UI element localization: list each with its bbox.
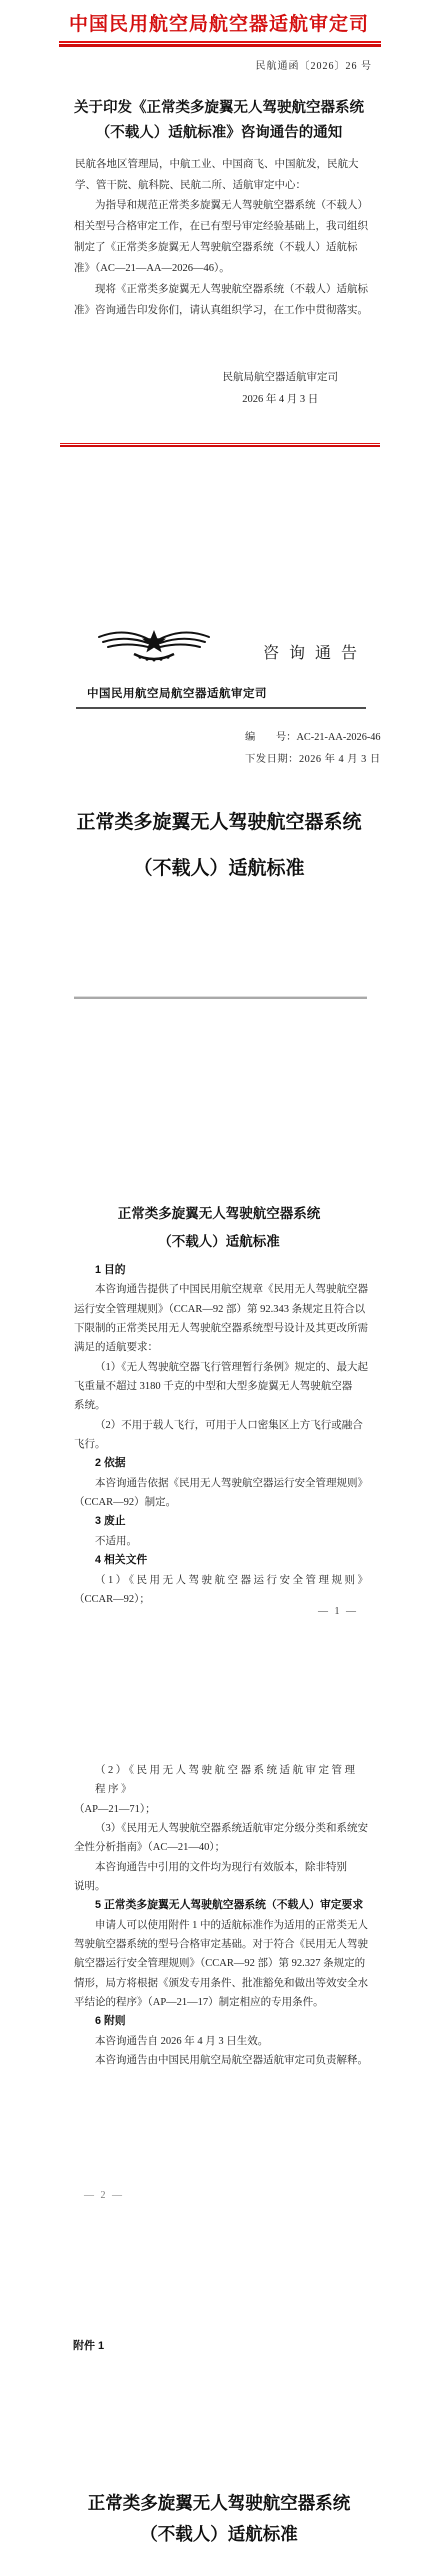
- recipients-line: 民航各地区管理局，中航工业、中国商飞、中国航发，民航大: [75, 154, 367, 175]
- content-line: （CCAR—92）制定。: [74, 1493, 370, 1512]
- content-line: 本咨询通告提供了中国民用航空规章《民用无人驾驶航空器: [74, 1280, 370, 1299]
- red-header-divider: [59, 41, 381, 47]
- agency-header-title: 中国民用航空局航空器适航审定司: [0, 9, 438, 36]
- notice-body-line: 制定了《正常类多旋翼无人驾驶航空器系统（不载人）适航标: [74, 237, 368, 258]
- content-heading-line: 正常类多旋翼无人驾驶航空器系统: [0, 1200, 438, 1228]
- content-line: （1）《无人驾驶航空器飞行管理暂行条例》规定的、最大起: [74, 1358, 370, 1377]
- doc-number: 民航通函〔2026〕26 号: [256, 57, 373, 72]
- cover-rule-line: [76, 707, 366, 709]
- content-heading: 正常类多旋翼无人驾驶航空器系统 （不载人）适航标准: [0, 1200, 438, 1256]
- section-heading: 1 目的: [74, 1261, 370, 1280]
- content-line: 运行安全管理规则》（CCAR—92 部）第 92.343 条规定且符合以: [74, 1300, 370, 1319]
- section-heading: 3 废止: [74, 1512, 370, 1531]
- content-line: 系统。: [74, 1396, 370, 1415]
- attachment-title: 正常类多旋翼无人驾驶航空器系统 （不载人）适航标准: [0, 2488, 438, 2550]
- red-footer-divider: [60, 443, 380, 447]
- content-page-2: （2）《民用无人驾驶航空器系统适航审定管理程序》 （AP—21—71）； （3）…: [74, 1761, 370, 2071]
- content-line: （2）《民用无人驾驶航空器系统适航审定管理程序》: [74, 1761, 370, 1800]
- page-number-1: — 1 —: [318, 1606, 358, 1617]
- recipients-line: 学、管干院、航科院、民航二所、适航审定中心：: [75, 175, 367, 196]
- signer-name: 民航局航空器适航审定司: [223, 367, 339, 389]
- cover-title-line: 正常类多旋翼无人驾驶航空器系统: [0, 800, 438, 846]
- content-line: 航空器运行安全管理规则》（CCAR—92 部）第 92.327 条规定的: [74, 1954, 370, 1973]
- content-heading-line: （不载人）适航标准: [0, 1228, 438, 1256]
- content-line: 平结论的程序》（AP—21—17）制定相应的专用条件。: [74, 1993, 370, 2012]
- notice-body-line: 现将《正常类多旋翼无人驾驶航空器系统（不载人）适航标: [74, 279, 368, 300]
- cover-department: 中国民用航空局航空器适航审定司: [87, 685, 267, 701]
- recipients: 民航各地区管理局，中航工业、中国商飞、中国航发，民航大 学、管干院、航科院、民航…: [75, 154, 367, 196]
- content-line: 情形，局方将根据《颁发专用条件、批准豁免和做出等效安全水: [74, 1974, 370, 1993]
- content-page-1: 1 目的 本咨询通告提供了中国民用航空规章《民用无人驾驶航空器 运行安全管理规则…: [74, 1261, 370, 1609]
- content-line: 满足的适航要求：: [74, 1338, 370, 1357]
- attachment-title-line: （不载人）适航标准: [0, 2519, 438, 2550]
- notice-body-line: 准》（AC—21—AA—2026—46）。: [74, 258, 368, 279]
- content-line: （3）《民用无人驾驶航空器系统适航审定分级分类和系统安: [74, 1819, 370, 1838]
- section-heading: 5 正常类多旋翼无人驾驶航空器系统（不载人）审定要求: [74, 1896, 370, 1915]
- content-line: 本咨询通告中引用的文件均为现行有效版本，除非特别: [74, 1858, 370, 1877]
- content-line: 本咨询通告自 2026 年 4 月 3 日生效。: [74, 2032, 370, 2051]
- notice-body: 为指导和规范正常类多旋翼无人驾驶航空器系统（不载人） 相关型号合格审定工作，在已…: [74, 195, 368, 321]
- notice-body-line: 为指导和规范正常类多旋翼无人驾驶航空器系统（不载人）: [74, 195, 368, 216]
- attachment-title-line: 正常类多旋翼无人驾驶航空器系统: [0, 2488, 438, 2519]
- content-line: 飞行。: [74, 1435, 370, 1454]
- notice-title-line: （不载人）适航标准》咨询通告的通知: [0, 121, 438, 146]
- content-line: 驾驶航空器系统的型号合格审定基础。对于符合《民用无人驾驶: [74, 1935, 370, 1954]
- section-heading: 4 相关文件: [74, 1551, 370, 1570]
- signature-block: 民航局航空器适航审定司 2026 年 4 月 3 日: [223, 367, 339, 411]
- content-line: 下限制的正常类民用无人驾驶航空器系统型号设计及其更改所需: [74, 1319, 370, 1338]
- content-line: 飞重量不超过 3180 千克的中型和大型多旋翼无人驾驶航空器: [74, 1377, 370, 1396]
- circular-issue-date: 下发日期：2026 年 4 月 3 日: [245, 750, 381, 765]
- notice-title: 关于印发《正常类多旋翼无人驾驶航空器系统 （不载人）适航标准》咨询通告的通知: [0, 96, 438, 146]
- cover-title: 正常类多旋翼无人驾驶航空器系统 （不载人）适航标准: [0, 800, 438, 892]
- content-line: 不适用。: [74, 1532, 370, 1551]
- content-line: 本咨询通告由中国民用航空局航空器适航审定司负责解释。: [74, 2051, 370, 2070]
- content-line: （2）不用于载人飞行，可用于人口密集区上方飞行或融合: [74, 1416, 370, 1435]
- document-page: { "colors": { "accent_red": "#d40f0f", "…: [0, 0, 438, 2560]
- caac-wings-star-logo-icon: [94, 626, 214, 666]
- attachment-label: 附件 1: [73, 2337, 104, 2353]
- content-line: 说明。: [74, 1877, 370, 1896]
- content-line: 全性分析指南》（AC—21—40）；: [74, 1838, 370, 1857]
- notice-title-line: 关于印发《正常类多旋翼无人驾驶航空器系统: [0, 96, 438, 121]
- advisory-circular-label: 咨询通告: [263, 640, 367, 663]
- notice-body-line: 准》咨询通告印发你们，请认真组织学习，在工作中贯彻落实。: [74, 300, 368, 321]
- content-line: 本咨询通告依据《民用无人驾驶航空器运行安全管理规则》: [74, 1474, 370, 1493]
- section-heading: 6 附则: [74, 2012, 370, 2031]
- section-heading: 2 依据: [74, 1454, 370, 1473]
- cover-title-line: （不载人）适航标准: [0, 846, 438, 892]
- page-number-2: — 2 —: [84, 2190, 124, 2201]
- sign-date: 2026 年 4 月 3 日: [223, 389, 339, 411]
- content-line: 申请人可以使用附件 1 中的适航标准作为适用的正常类无人: [74, 1916, 370, 1935]
- notice-body-line: 相关型号合格审定工作，在已有型号审定经验基础上，我司组织: [74, 216, 368, 237]
- circular-number: 编 号：AC-21-AA-2026-46: [245, 728, 381, 743]
- page-separator-line: [74, 996, 367, 999]
- content-line: （AP—21—71）；: [74, 1800, 370, 1819]
- content-line: （1）《民用无人驾驶航空器运行安全管理规则》: [74, 1571, 370, 1590]
